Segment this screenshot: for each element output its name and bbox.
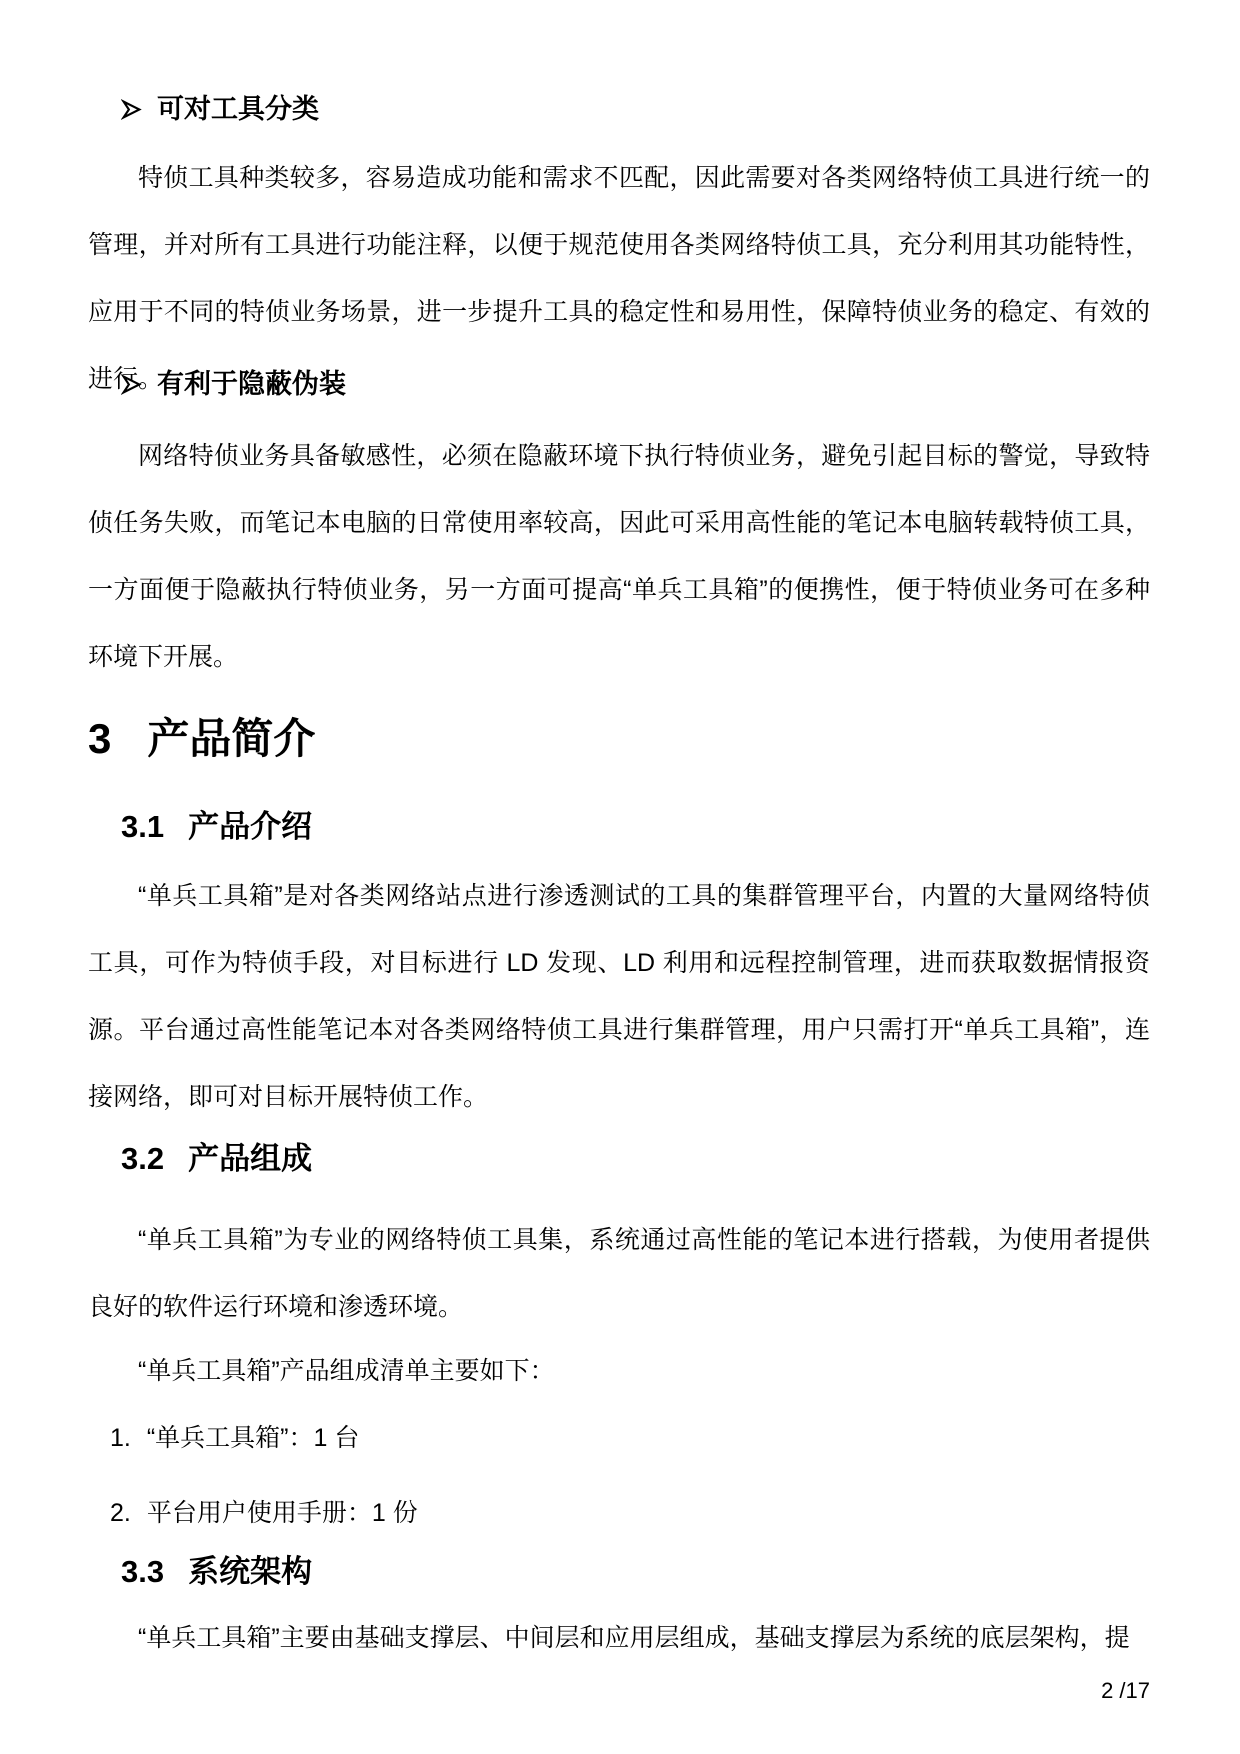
list-item-number: 2. xyxy=(110,1499,131,1527)
arrow-bullet-icon xyxy=(121,99,142,120)
bullet-heading-label: 有利于隐蔽伪装 xyxy=(157,365,346,403)
chapter-heading-product-overview: 3产品简介 xyxy=(88,710,1150,768)
bullet-heading-label: 可对工具分类 xyxy=(157,90,319,128)
list-item-text: 平台用户使用手册：1 份 xyxy=(147,1499,418,1527)
section-title: 产品组成 xyxy=(188,1141,312,1176)
paragraph-product-intro: “单兵工具箱”是对各类网络站点进行渗透测试的工具的集群管理平台，内置的大量网络特… xyxy=(88,863,1150,1131)
paragraph-architecture: “单兵工具箱”主要由基础支撑层、中间层和应用层组成，基础支撑层为系统的底层架构，… xyxy=(88,1605,1150,1672)
section-number: 3.1 xyxy=(121,809,164,844)
section-heading-product-composition: 3.2产品组成 xyxy=(88,1138,1183,1180)
arrow-bullet-icon xyxy=(121,374,142,395)
page-number: 2 /17 xyxy=(1101,1678,1150,1704)
bullet-heading-tool-classification: 可对工具分类 xyxy=(88,90,1183,128)
document-page: { "document": { "bullets": [ { "icon": "… xyxy=(0,0,1240,1754)
list-item: 2.平台用户使用手册：1 份 xyxy=(88,1492,1172,1534)
section-number: 3.3 xyxy=(121,1554,164,1589)
section-heading-product-intro: 3.1产品介绍 xyxy=(88,806,1183,848)
section-title: 系统架构 xyxy=(188,1554,312,1589)
section-title: 产品介绍 xyxy=(188,809,312,844)
bullet-heading-camouflage: 有利于隐蔽伪装 xyxy=(88,365,1183,403)
list-item-text: “单兵工具箱”：1 台 xyxy=(147,1424,360,1452)
paragraph-product-composition: “单兵工具箱”为专业的网络特侦工具集，系统通过高性能的笔记本进行搭载，为使用者提… xyxy=(88,1207,1150,1341)
list-item: 1.“单兵工具箱”：1 台 xyxy=(88,1417,1172,1459)
section-number: 3.2 xyxy=(121,1141,164,1176)
chapter-title: 产品简介 xyxy=(147,715,315,762)
paragraph-camouflage: 网络特侦业务具备敏感性，必须在隐蔽环境下执行特侦业务，避免引起目标的警觉，导致特… xyxy=(88,423,1150,691)
chapter-number: 3 xyxy=(88,715,111,762)
section-heading-system-architecture: 3.3系统架构 xyxy=(88,1551,1183,1593)
paragraph-composition-list-intro: “单兵工具箱”产品组成清单主要如下： xyxy=(88,1338,1150,1405)
list-item-number: 1. xyxy=(110,1424,131,1452)
